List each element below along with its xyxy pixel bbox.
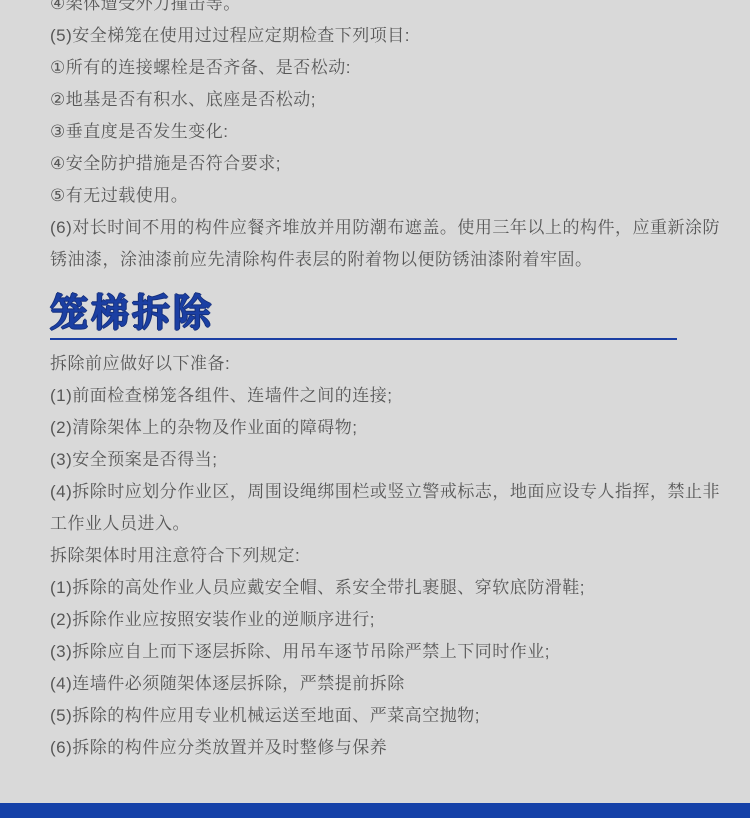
heading-underline (50, 338, 677, 340)
list-item: ④架体遭受外力撞击等。 (50, 0, 720, 20)
list-item: ⑤有无过载使用。 (50, 180, 720, 212)
list-item: ③垂直度是否发生变化: (50, 116, 720, 148)
list-item: (4)连墙件必须随架体逐层拆除，严禁提前拆除 (50, 668, 720, 700)
list-item: (6)拆除的构件应分类放置并及时整修与保养 (50, 732, 720, 764)
article-page: ④架体遭受外力撞击等。 (5)安全梯笼在使用过过程应定期检查下列项目: ①所有的… (0, 0, 750, 818)
list-item: (1)拆除的高处作业人员应戴安全帽、系安全带扎裹腿、穿软底防滑鞋; (50, 572, 720, 604)
list-item: (3)拆除应自上而下逐层拆除、用吊车逐节吊除严禁上下同时作业; (50, 636, 720, 668)
list-item: 拆除前应做好以下准备: (50, 348, 720, 380)
inspection-checklist-section: ④架体遭受外力撞击等。 (5)安全梯笼在使用过过程应定期检查下列项目: ①所有的… (50, 0, 720, 276)
list-item: (6)对长时间不用的构件应餐齐堆放并用防潮布遮盖。使用三年以上的构件，应重新涂防… (50, 212, 720, 276)
list-item: (5)安全梯笼在使用过过程应定期检查下列项目: (50, 20, 720, 52)
list-item: ④安全防护措施是否符合要求; (50, 148, 720, 180)
list-item: (1)前面检查梯笼各组件、连墙件之间的连接; (50, 380, 720, 412)
list-item: ②地基是否有积水、底座是否松动; (50, 84, 720, 116)
list-item: ①所有的连接螺栓是否齐备、是否松动: (50, 52, 720, 84)
list-item: (4)拆除时应划分作业区，周围设绳绑围栏或竖立警戒标志，地面应设专人指挥，禁止非… (50, 476, 720, 540)
list-item: (5)拆除的构件应用专业机械运送至地面、严菜高空抛物; (50, 700, 720, 732)
list-item: (3)安全预案是否得当; (50, 444, 720, 476)
article-content: ④架体遭受外力撞击等。 (5)安全梯笼在使用过过程应定期检查下列项目: ①所有的… (50, 0, 720, 764)
footer-divider-bar (0, 803, 750, 818)
list-item: (2)拆除作业应按照安装作业的逆顺序进行; (50, 604, 720, 636)
section-title: 笼梯拆除 (50, 290, 720, 338)
removal-procedure-section: 拆除前应做好以下准备: (1)前面检查梯笼各组件、连墙件之间的连接; (2)清除… (50, 348, 720, 764)
list-item: (2)清除架体上的杂物及作业面的障碍物; (50, 412, 720, 444)
list-item: 拆除架体时用注意符合下列规定: (50, 540, 720, 572)
